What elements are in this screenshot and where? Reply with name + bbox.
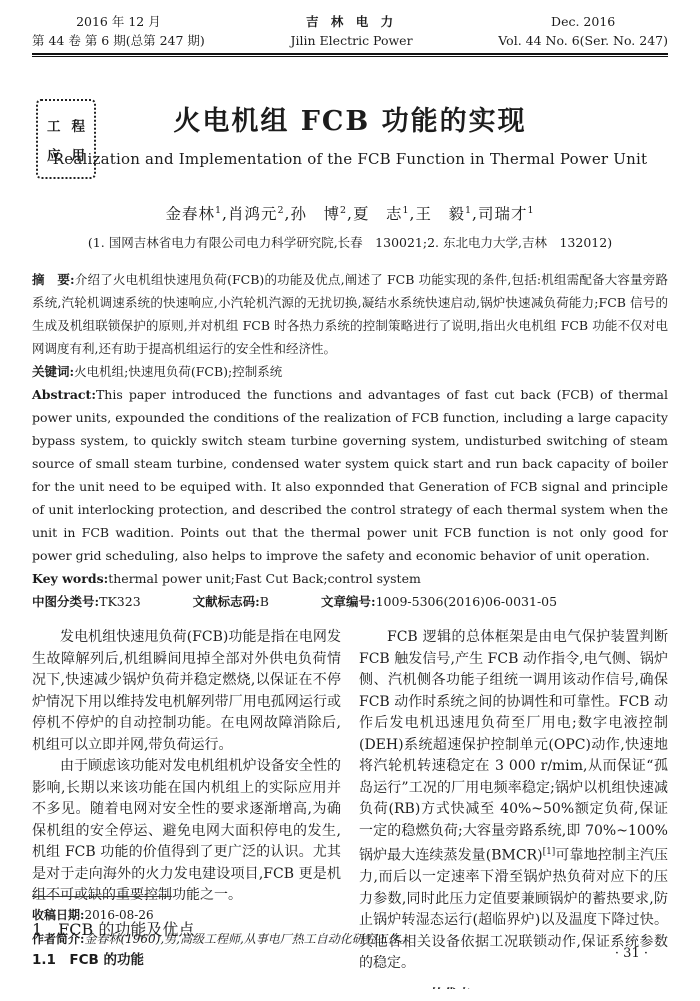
abstract-zh-text: 介绍了火电机组快速甩负荷(FCB)的功能及优点,阐述了 FCB 功能实现的条件,… [32, 272, 668, 356]
author-bio-label: 作者简介: [32, 932, 84, 946]
abstract-en-text: This paper introduced the functions and … [32, 387, 668, 563]
footnote: 收稿日期:2016-08-26 作者简介:金春林(1960),男,高级工程师,从… [32, 896, 668, 951]
author: 肖鸿元2, [228, 205, 291, 223]
author: 孙 博2, [290, 205, 353, 223]
stamp-char: 应 [47, 144, 61, 164]
header-issue-zh: 2016 年 12 月 第 44 卷 第 6 期(总第 247 期) [32, 12, 205, 50]
keywords-zh-label: 关键词: [32, 364, 74, 379]
abstract-block: 摘 要:介绍了火电机组快速甩负荷(FCB)的功能及优点,阐述了 FCB 功能实现… [32, 268, 668, 613]
meta-row: 中图分类号:TK323 文献标志码:B 文章编号:1009-5306(2016)… [32, 590, 668, 613]
author-bio-line: 作者简介:金春林(1960),男,高级工程师,从事电厂热工自动化研究工作。 [32, 927, 668, 951]
body-paragraph: 发电机组快速甩负荷(FCB)功能是指在电网发生故障解列后,机组瞬间甩掉全部对外供… [32, 627, 341, 756]
keywords-en: Key words:thermal power unit;Fast Cut Ba… [32, 567, 668, 590]
stamp-char: 工 [47, 115, 61, 135]
author: 王 毅1, [415, 205, 478, 223]
section-heading-1-1: 1.1 FCB 的功能 [32, 950, 341, 972]
article-title-zh: 火电机组 FCB 功能的实现 [32, 99, 668, 138]
journal-page: 2016 年 12 月 第 44 卷 第 6 期(总第 247 期) 吉 林 电… [0, 0, 700, 1001]
abstract-zh: 摘 要:介绍了火电机组快速甩负荷(FCB)的功能及优点,阐述了 FCB 功能实现… [32, 268, 668, 360]
section-heading-1-2: 1.2 FCB 的优点 [359, 985, 668, 989]
keywords-en-text: thermal power unit;Fast Cut Back;control… [108, 571, 421, 586]
category-stamp: 工 程 应 用 [36, 99, 96, 179]
header-date-zh: 2016 年 12 月 [32, 12, 205, 31]
author: 金春林1, [165, 205, 228, 223]
keywords-zh: 关键词:火电机组;快速甩负荷(FCB);控制系统 [32, 360, 668, 383]
header-volume-en: Vol. 44 No. 6(Ser. No. 247) [498, 31, 668, 50]
keywords-en-label: Key words: [32, 571, 108, 586]
stamp-char: 用 [72, 144, 86, 164]
document-code: 文献标志码:B [193, 590, 269, 613]
received-date-value: 2016-08-26 [84, 908, 153, 922]
author: 司瑞才1 [478, 205, 535, 223]
clc-number: 中图分类号:TK323 [32, 590, 141, 613]
received-date-line: 收稿日期:2016-08-26 [32, 903, 668, 927]
author: 夏 志1, [353, 205, 416, 223]
journal-header: 2016 年 12 月 第 44 卷 第 6 期(总第 247 期) 吉 林 电… [32, 0, 668, 50]
stamp-row: 应 用 [47, 144, 85, 164]
body-paragraph: 由于顾虑该功能对发电机组机炉设备安全性的影响,长期以来该功能在国内机组上的实际应… [32, 756, 341, 907]
journal-name: 吉 林 电 力 Jilin Electric Power [291, 12, 413, 50]
page-number: · 31 · [615, 946, 648, 961]
header-divider [32, 53, 668, 57]
stamp-row: 工 程 [47, 115, 85, 135]
journal-name-zh: 吉 林 电 力 [291, 12, 413, 31]
article-id: 文章编号:1009-5306(2016)06-0031-05 [321, 590, 557, 613]
abstract-en-label: Abstract: [32, 387, 96, 402]
stamp-char: 程 [72, 115, 86, 135]
received-date-label: 收稿日期: [32, 908, 84, 922]
journal-name-en: Jilin Electric Power [291, 31, 413, 50]
author-bio-text: 金春林(1960),男,高级工程师,从事电厂热工自动化研究工作。 [84, 932, 411, 946]
affiliation: (1. 国网吉林省电力有限公司电力科学研究院,长春 130021;2. 东北电力… [32, 233, 668, 251]
citation-ref: [1] [543, 847, 556, 857]
keywords-zh-text: 火电机组;快速甩负荷(FCB);控制系统 [74, 364, 282, 379]
article-title-en: Realization and Implementation of the FC… [32, 150, 668, 168]
header-volume-zh: 第 44 卷 第 6 期(总第 247 期) [32, 31, 205, 50]
abstract-en: Abstract:This paper introduced the funct… [32, 383, 668, 567]
header-issue-en: Dec. 2016 Vol. 44 No. 6(Ser. No. 247) [498, 12, 668, 50]
header-date-en: Dec. 2016 [498, 12, 668, 31]
title-section: 工 程 应 用 火电机组 FCB 功能的实现 Realization and I… [32, 99, 668, 168]
footnote-divider [32, 896, 172, 897]
authors-line: 金春林1,肖鸿元2,孙 博2,夏 志1,王 毅1,司瑞才1 [32, 202, 668, 224]
abstract-zh-label: 摘 要: [32, 272, 75, 287]
